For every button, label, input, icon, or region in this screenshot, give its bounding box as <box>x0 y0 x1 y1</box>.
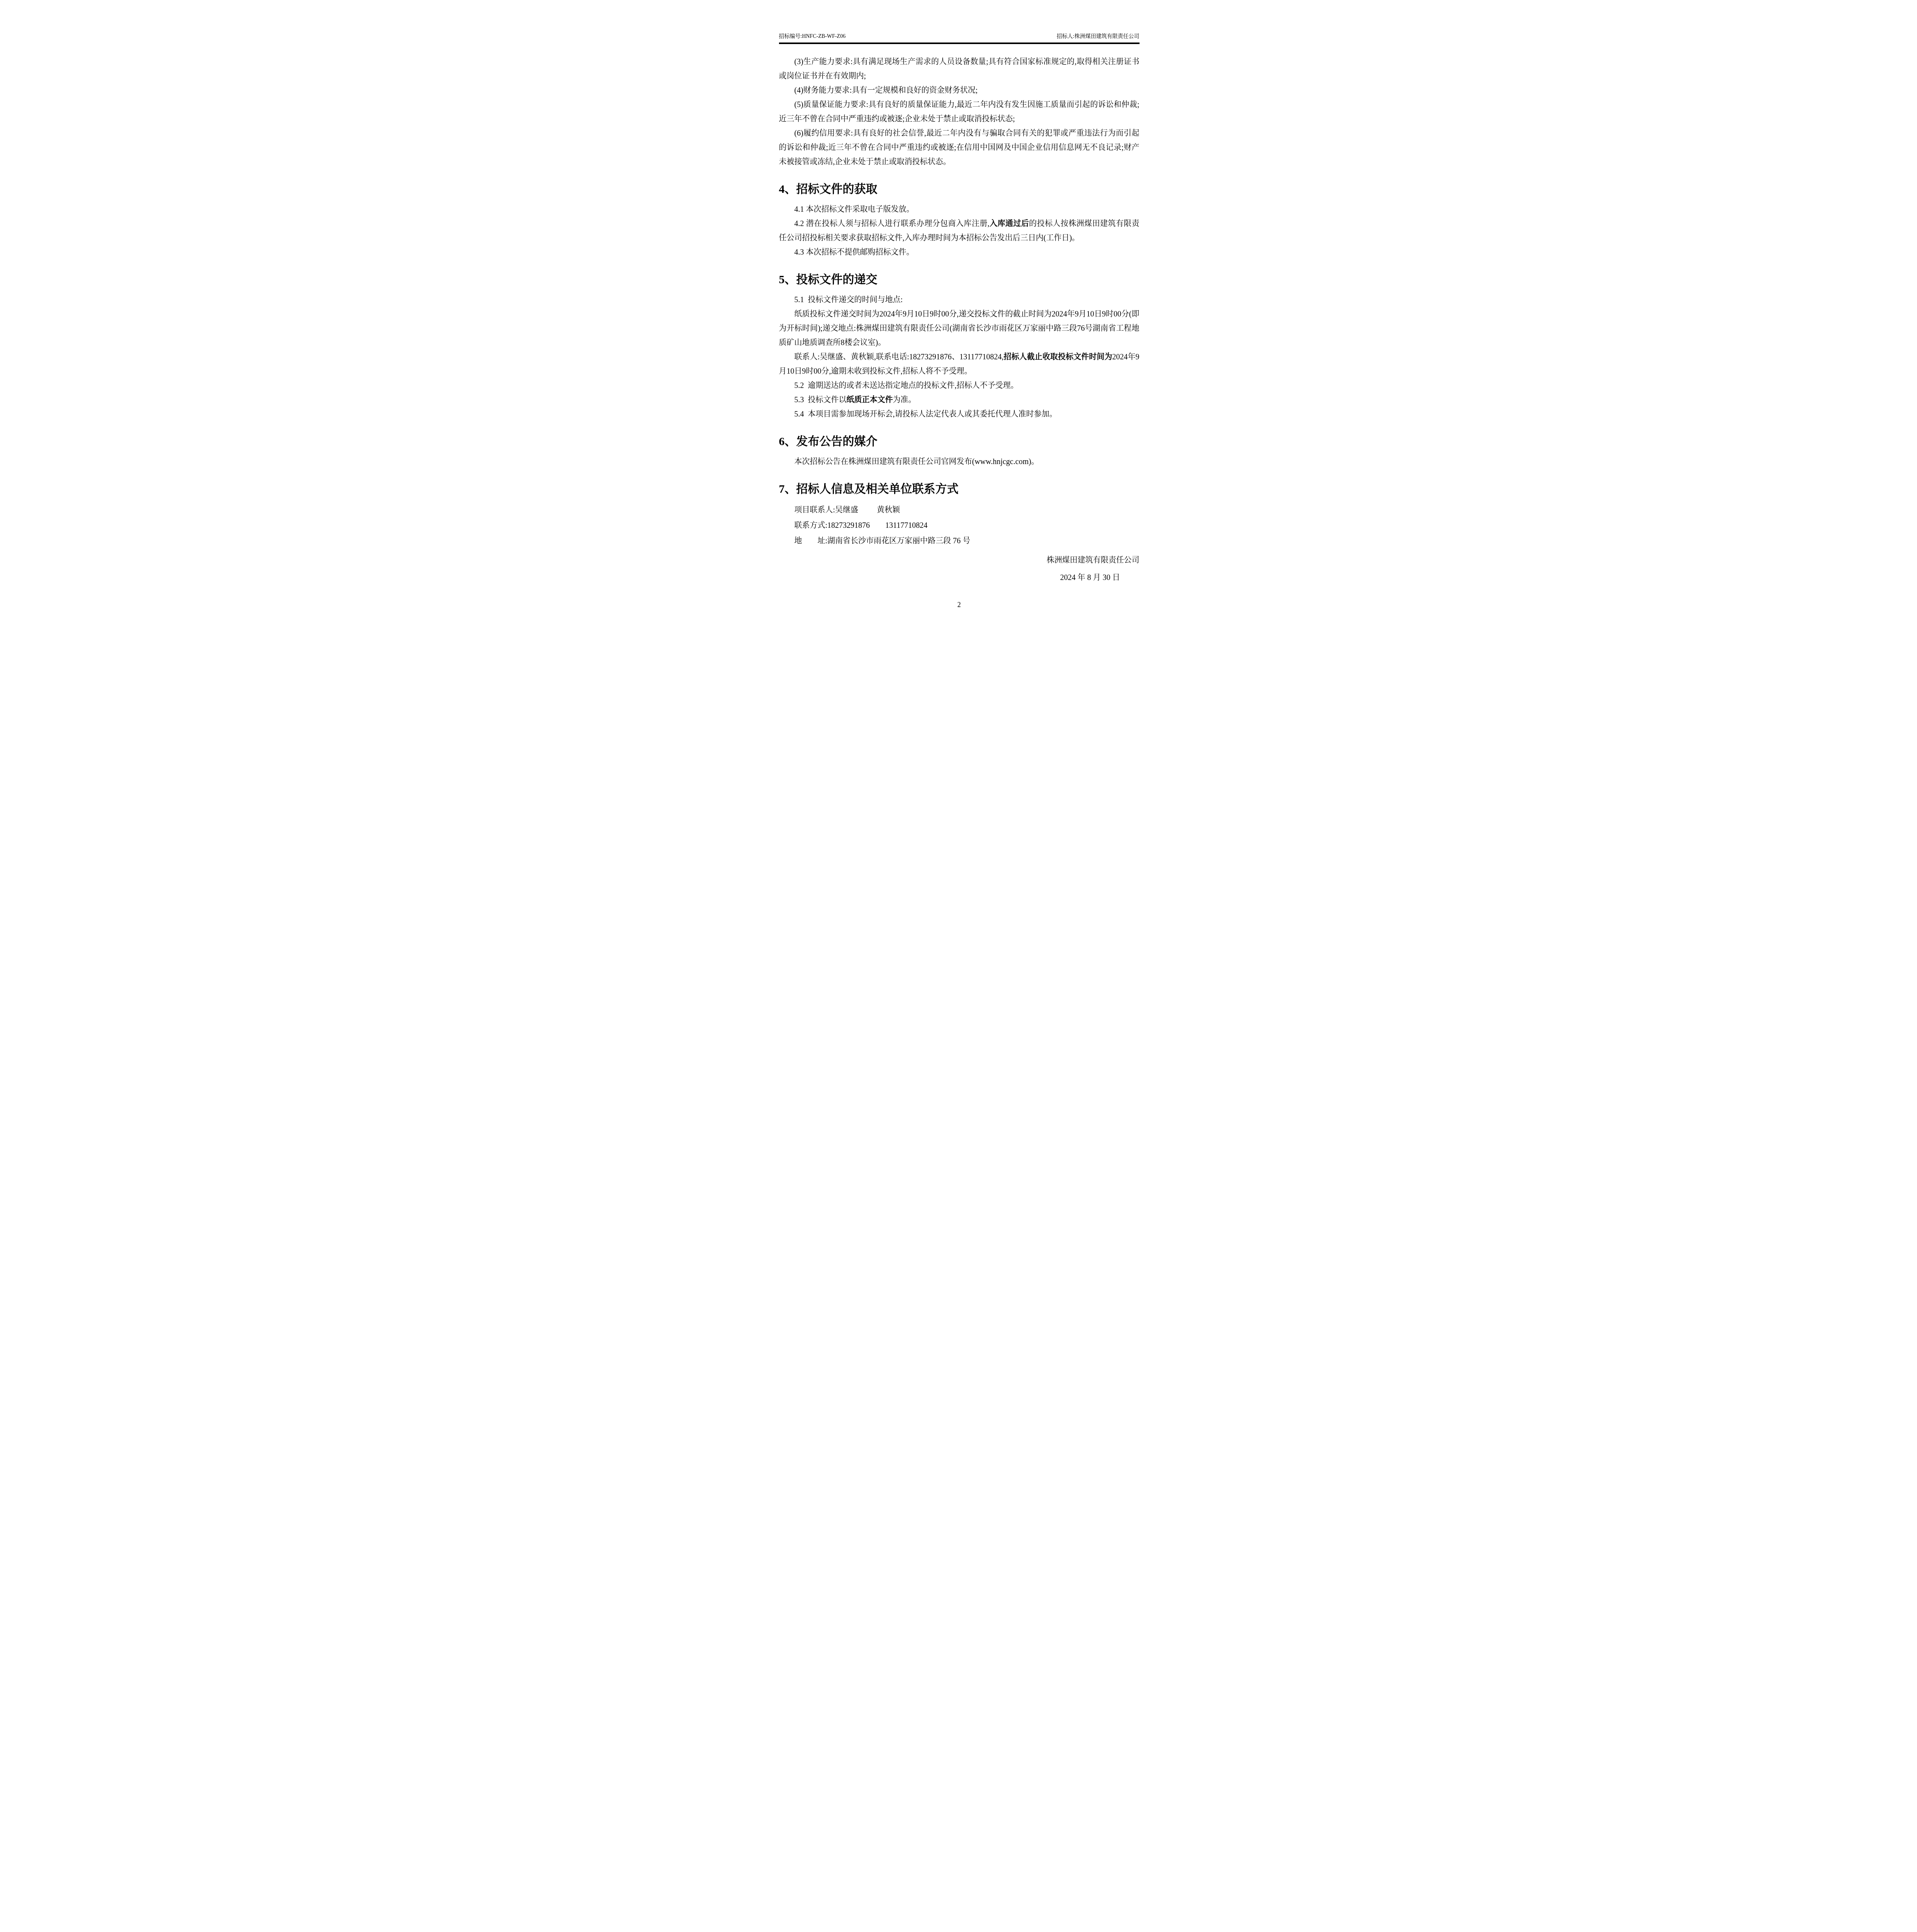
section-heading-6: 6、发布公告的媒介 <box>779 434 1140 449</box>
header-tender-number: 招标编号:HNFC-ZB-WF-Z06 <box>779 33 846 40</box>
paragraph-5-4: 5.4 本项目需参加现场开标会,请投标人法定代表人或其委托代理人准时参加。 <box>779 407 1140 422</box>
page-header: 招标编号:HNFC-ZB-WF-Z06 招标人:株洲煤田建筑有限责任公司 <box>779 33 1140 40</box>
contact-person-name-2: 黄秋颖 <box>877 506 900 514</box>
contact-person-label: 项目联系人: <box>794 506 835 514</box>
contact-phone-2: 13117710824 <box>885 521 927 530</box>
paragraph-5-3-pre: 5.3 投标文件以 <box>794 396 847 404</box>
contact-address-row: 地 址:湖南省长沙市雨花区万家丽中路三段 76 号 <box>779 533 1140 549</box>
paragraph-4-2: 4.2 潜在投标人须与招标人进行联系办理分包商入库注册,入库通过后的投标人按株洲… <box>779 217 1140 245</box>
contact-phone-1: 18273291876 <box>827 521 870 530</box>
section-heading-5: 5、投标文件的递交 <box>779 272 1140 287</box>
paragraph-4-2-text-pre: 4.2 潜在投标人须与招标人进行联系办理分包商入库注册, <box>794 219 990 228</box>
contact-person-row: 项目联系人:吴继盛黄秋颖 <box>779 502 1140 518</box>
section-heading-4: 4、招标文件的获取 <box>779 182 1140 197</box>
paragraph-5-2: 5.2 逾期送达的或者未送达指定地点的投标文件,招标人不予受理。 <box>779 379 1140 393</box>
paragraph-4-2-bold-text: 入库通过后 <box>990 219 1029 228</box>
signature-date: 2024 年 8 月 30 日 <box>779 571 1140 585</box>
contact-address-label: 地 址: <box>794 537 828 545</box>
contact-phone-row: 联系方式:1827329187613117710824 <box>779 518 1140 533</box>
page-number: 2 <box>779 600 1140 609</box>
contact-address-value: 湖南省长沙市雨花区万家丽中路三段 76 号 <box>827 537 970 545</box>
paragraph-6-1: 本次招标公告在株洲煤田建筑有限责任公司官网发布(www.hnjcgc.com)。 <box>779 455 1140 469</box>
section-heading-7: 7、招标人信息及相关单位联系方式 <box>779 481 1140 497</box>
header-divider <box>779 43 1140 44</box>
paragraph-requirement-6: (6)履约信用要求:具有良好的社会信誉,最近二年内没有与骗取合同有关的犯罪或严重… <box>779 126 1140 169</box>
paragraph-5-3-post: 为准。 <box>893 396 916 404</box>
contact-phone-label: 联系方式: <box>794 521 828 530</box>
paragraph-4-1: 4.1 本次招标文件采取电子版发放。 <box>779 202 1140 217</box>
header-tenderer-name: 招标人:株洲煤田建筑有限责任公司 <box>1057 33 1140 40</box>
paragraph-requirement-5: (5)质量保证能力要求:具有良好的质量保证能力,最近二年内没有发生因施工质量而引… <box>779 98 1140 126</box>
paragraph-5-1-contact-bold: 招标人截止收取投标文件时间为 <box>1004 353 1112 361</box>
paragraph-5-3-bold: 纸质正本文件 <box>847 396 893 404</box>
paragraph-requirement-3: (3)生产能力要求:具有满足现场生产需求的人员设备数量;具有符合国家标准规定的,… <box>779 55 1140 83</box>
signature-company: 株洲煤田建筑有限责任公司 <box>779 553 1140 568</box>
paragraph-requirement-4: (4)财务能力要求:具有一定规模和良好的资金财务状况; <box>779 83 1140 98</box>
contact-person-name-1: 吴继盛 <box>835 506 858 514</box>
document-page: 招标编号:HNFC-ZB-WF-Z06 招标人:株洲煤田建筑有限责任公司 (3)… <box>719 0 1198 678</box>
document-body: (3)生产能力要求:具有满足现场生产需求的人员设备数量;具有符合国家标准规定的,… <box>779 55 1140 609</box>
paragraph-5-1-contact-pre: 联系人:吴继盛、黄秋颖,联系电话:18273291876、13117710824… <box>794 353 1004 361</box>
paragraph-4-3: 4.3 本次招标不提供邮购招标文件。 <box>779 245 1140 260</box>
paragraph-5-1-contact: 联系人:吴继盛、黄秋颖,联系电话:18273291876、13117710824… <box>779 350 1140 379</box>
paragraph-5-3: 5.3 投标文件以纸质正本文件为准。 <box>779 393 1140 407</box>
paragraph-5-1-detail: 纸质投标文件递交时间为2024年9月10日9时00分,递交投标文件的截止时间为2… <box>779 307 1140 350</box>
paragraph-5-1: 5.1 投标文件递交的时间与地点: <box>779 293 1140 307</box>
